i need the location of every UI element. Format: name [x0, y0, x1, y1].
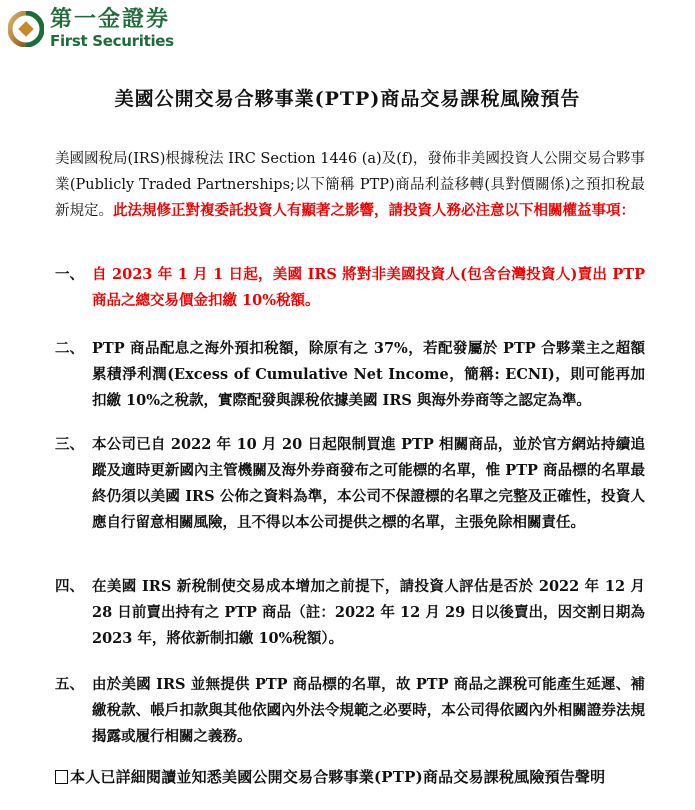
item-text: 自 2023 年 1 月 1 日起，美國 IRS 將對非美國投資人(包含台灣投資… [92, 262, 645, 314]
acknowledgement-row[interactable]: 本人已詳細閱讀並知悉美國公開交易合夥事業(PTP)商品交易課稅風險預告聲明 [55, 766, 605, 787]
item-number: 四、 [55, 574, 92, 652]
acknowledgement-checkbox[interactable] [55, 770, 68, 784]
intro-emphasis: 此法規修正對複委託投資人有顯著之影響，請投資人務必注意以下相關權益事項： [113, 202, 635, 219]
item-text: 在美國 IRS 新稅制使交易成本增加之前提下，請投資人評估是否於 2022 年 … [92, 574, 645, 652]
item-text: PTP 商品配息之海外預扣稅額，除原有之 37%，若配發屬於 PTP 合夥業主之… [92, 336, 645, 414]
item-number: 一、 [55, 262, 92, 314]
item-number: 三、 [55, 432, 92, 536]
item-text: 本公司已自 2022 年 10 月 20 日起限制買進 PTP 相關商品，並於官… [92, 432, 645, 536]
acknowledgement-label[interactable]: 本人已詳細閱讀並知悉美國公開交易合夥事業(PTP)商品交易課稅風險預告聲明 [70, 766, 605, 787]
logo-name-zh: 第一金證券 [50, 8, 174, 32]
notice-item-5: 五、 由於美國 IRS 並無提供 PTP 商品標的名單，故 PTP 商品之課稅可… [55, 672, 645, 750]
company-logo: 第一金證券 First Securities [8, 4, 174, 54]
item-number: 五、 [55, 672, 92, 750]
coin-diamond-logo-icon [8, 11, 44, 47]
notice-item-1: 一、 自 2023 年 1 月 1 日起，美國 IRS 將對非美國投資人(包含台… [55, 262, 645, 314]
notice-item-2: 二、 PTP 商品配息之海外預扣稅額，除原有之 37%，若配發屬於 PTP 合夥… [55, 336, 645, 414]
intro-paragraph: 美國國稅局(IRS)根據稅法 IRC Section 1446 (a)及(f)，… [55, 146, 645, 224]
logo-name-en: First Securities [50, 32, 174, 50]
notice-item-4: 四、 在美國 IRS 新稅制使交易成本增加之前提下，請投資人評估是否於 2022… [55, 574, 645, 652]
item-text: 由於美國 IRS 並無提供 PTP 商品標的名單，故 PTP 商品之課稅可能產生… [92, 672, 645, 750]
item-number: 二、 [55, 336, 92, 414]
notice-item-3: 三、 本公司已自 2022 年 10 月 20 日起限制買進 PTP 相關商品，… [55, 432, 645, 536]
page-title: 美國公開交易合夥事業(PTP)商品交易課稅風險預告 [0, 84, 695, 111]
